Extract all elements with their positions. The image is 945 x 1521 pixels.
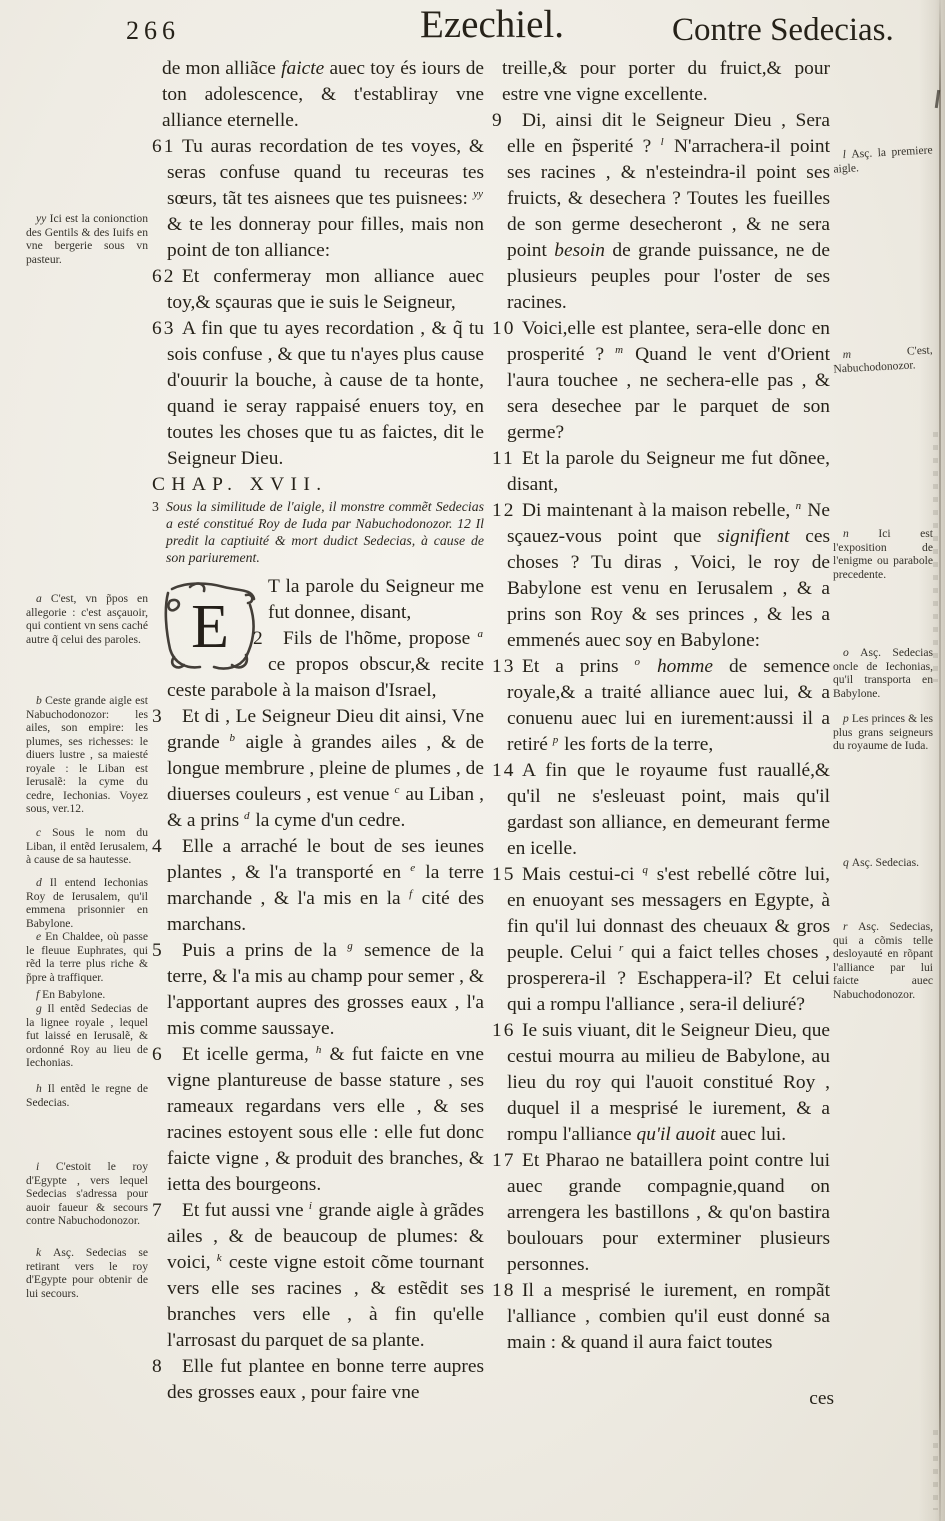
margin-note-h: h Il entẽd le regne de Sedecias.	[26, 1082, 148, 1109]
note-reference-mark: m	[615, 344, 623, 356]
verse-16: 16Ie suis viuant, dit le Seigneur Dieu, …	[492, 1018, 830, 1148]
margin-note-mark: q	[843, 856, 852, 869]
margin-note-mark: h	[36, 1082, 48, 1095]
verse-18: 18Il a mesprisé le iurement, en rompãt l…	[492, 1278, 830, 1356]
emphasis-word: signifient	[717, 526, 789, 547]
note-reference-mark: a	[478, 628, 484, 640]
emphasis-word: homme	[657, 656, 713, 677]
verse-number: 4	[152, 834, 182, 860]
note-reference-mark: b	[229, 732, 235, 744]
page-edge-shading	[919, 0, 945, 1521]
emphasis-word: besoin	[554, 240, 605, 261]
note-reference-mark: p	[553, 734, 559, 746]
margin-note-mark: m	[842, 345, 907, 361]
verse-number: 18	[492, 1278, 522, 1304]
verse-14: 14A fin que le royaume fust rauallé,& qu…	[492, 758, 830, 862]
margin-note-r: r Asç. Sedecias, qui a cõmis telle deslo…	[833, 920, 933, 1001]
verse-63: 63A fin que tu ayes recordation , & q̃ t…	[152, 316, 484, 472]
margin-note-d: d Il entend Iechonias Roy de Ierusalem, …	[26, 876, 148, 930]
verse-13: 13Et a prins o homme de semence royale,&…	[492, 654, 830, 758]
margin-note-mark: r	[843, 920, 858, 933]
chapter-argument: 3Sous la similitude de l'aigle, il monst…	[152, 498, 484, 566]
margin-note-f: f En Babylone.	[26, 988, 148, 1002]
margin-note-k: k Asç. Sedecias se retirant vers le roy …	[26, 1246, 148, 1300]
verse-9: 9Di, ainsi dit le Seigneur Dieu , Sera e…	[492, 108, 830, 316]
verse-number: 9	[492, 108, 522, 134]
note-reference-mark: q	[642, 864, 648, 876]
verse-number: 2	[253, 626, 283, 652]
verse-number: 61	[152, 134, 182, 160]
verse-6: 6Et icelle germa, h & fut faicte en vne …	[152, 1042, 484, 1198]
verse-7: 7Et fut aussi vne i grande aigle à grãde…	[152, 1198, 484, 1354]
emphasis-word: qu'il auoit	[637, 1124, 716, 1145]
verse-number: 7	[152, 1198, 182, 1224]
margin-note-mark: l	[842, 148, 851, 161]
margin-note-mark: b	[36, 694, 45, 707]
margin-note-a: a C'est, vn p̃pos en allegorie : c'est a…	[26, 592, 148, 646]
verse-3: 3Et di , Le Seigneur Dieu dit ainsi, Vne…	[152, 704, 484, 834]
margin-note-mark: a	[36, 592, 51, 605]
verse-number: 3	[152, 704, 182, 730]
margin-note-yy: yy Ici est la conionction des Gentils & …	[26, 212, 148, 266]
margin-note-mark: p	[843, 712, 852, 725]
note-reference-mark: n	[796, 500, 802, 512]
verse-8: 8Elle fut plantee en bonne terre aupres …	[152, 1354, 484, 1406]
verse-61: 61Tu auras recordation de tes voyes, & s…	[152, 134, 484, 264]
verse-62: 62Et confermeray mon alliance auec toy,&…	[152, 264, 484, 316]
note-reference-mark: i	[309, 1200, 312, 1212]
note-reference-mark: d	[244, 810, 250, 822]
verse-number: 62	[152, 264, 182, 290]
margin-note-c: c Sous le nom du Liban, il entẽd Ierusal…	[26, 826, 148, 867]
note-reference-mark: k	[217, 1252, 222, 1264]
page-edge-bleed-marks	[933, 432, 938, 682]
margin-note-mark: c	[36, 826, 52, 839]
verse-4: 4Elle a arraché le bout de ses ieunes pl…	[152, 834, 484, 938]
verse-number: 15	[492, 862, 522, 888]
verse-continuation: ET la parole du Seigneur me fut donnee, …	[152, 574, 484, 626]
margin-note-mark: n	[843, 527, 878, 540]
verse-number: 11	[492, 446, 522, 472]
verse-number: 8	[152, 1354, 182, 1380]
running-title-section: Contre Sedecias.	[672, 12, 894, 49]
note-reference-mark: r	[619, 942, 623, 954]
verse-continuation: treille,& pour porter du fruict,& pour e…	[492, 56, 830, 108]
margin-note-mark: f	[36, 988, 42, 1001]
verse-15: 15Mais cestui-ci q s'est rebellé cõtre l…	[492, 862, 830, 1018]
margin-note-b: b Ceste grande aigle est Nabuchodonozor:…	[26, 694, 148, 816]
verse-number: 14	[492, 758, 522, 784]
note-reference-mark: c	[394, 784, 399, 796]
margin-note-i: i C'estoit le roy d'Egypte , vers lequel…	[26, 1160, 148, 1228]
left-text-column: de mon alliãce faicte auec toy és iours …	[152, 56, 484, 1406]
verse-number: 17	[492, 1148, 522, 1174]
chapter-heading: CHAP. XVII.	[152, 472, 484, 498]
verse-number: 6	[152, 1042, 182, 1068]
running-title-book: Ezechiel.	[420, 2, 564, 47]
right-text-column: treille,& pour porter du fruict,& pour e…	[492, 56, 830, 1356]
emphasis-word: faicte	[281, 58, 324, 79]
verse-number: 12	[492, 498, 522, 524]
margin-note-mark: o	[843, 646, 860, 659]
argument-verse-number: 3	[152, 498, 166, 515]
margin-note-mark: i	[36, 1160, 56, 1173]
note-reference-mark: f	[409, 888, 412, 900]
margin-note-g: g Il entẽd Sedecias de la lignee royale …	[26, 1002, 148, 1070]
verse-number: 13	[492, 654, 522, 680]
verse-5: 5Puis a prins de la g semence de la terr…	[152, 938, 484, 1042]
margin-note-mark: k	[36, 1246, 53, 1259]
drop-cap-letter: E	[191, 593, 229, 661]
page-edge-bleed-marks	[933, 1430, 938, 1510]
drop-cap-initial: E	[162, 579, 258, 673]
verse-number: 10	[492, 316, 522, 342]
page-edge-line	[939, 0, 941, 1521]
book-page: 266 Ezechiel. Contre Sedecias. yy Ici es…	[0, 0, 945, 1521]
note-reference-mark: l	[661, 136, 664, 148]
margin-note-mark: d	[36, 876, 50, 889]
margin-note-mark: g	[36, 1002, 47, 1015]
note-reference-mark: e	[410, 862, 415, 874]
note-reference-mark: yy	[473, 188, 483, 200]
verse-17: 17Et Pharao ne bataillera point contre l…	[492, 1148, 830, 1278]
margin-note-n: n Ici est l'exposition de l'enigme ou pa…	[833, 527, 933, 581]
drop-cap-ornament: E	[162, 579, 258, 673]
verse-12: 12Di maintenant à la maison rebelle, n N…	[492, 498, 830, 654]
note-reference-mark: g	[347, 940, 353, 952]
note-reference-mark: h	[316, 1044, 322, 1056]
verse-number: 16	[492, 1018, 522, 1044]
margin-note-mark: yy	[36, 212, 50, 225]
note-reference-mark: o	[635, 656, 641, 668]
margin-note-p: p Les princes & les plus grans seigneurs…	[833, 712, 933, 753]
verse-continuation: de mon alliãce faicte auec toy és iours …	[152, 56, 484, 134]
verse-number: 5	[152, 938, 182, 964]
page-number: 266	[126, 16, 180, 46]
verse-11: 11Et la parole du Seigneur me fut dõnee,…	[492, 446, 830, 498]
verse-10: 10Voici,elle est plantee, sera-elle donc…	[492, 316, 830, 446]
margin-note-e: e En Chaldee, où passe le fleuue Euphrat…	[26, 930, 148, 984]
verse-number: 63	[152, 316, 182, 342]
margin-note-o: o Asç. Sedecias oncle de Iechonias, qu'i…	[833, 646, 933, 700]
margin-note-q: q Asç. Sedecias.	[833, 856, 933, 870]
catchword: ces	[770, 1388, 834, 1410]
margin-note-mark: e	[36, 930, 45, 943]
